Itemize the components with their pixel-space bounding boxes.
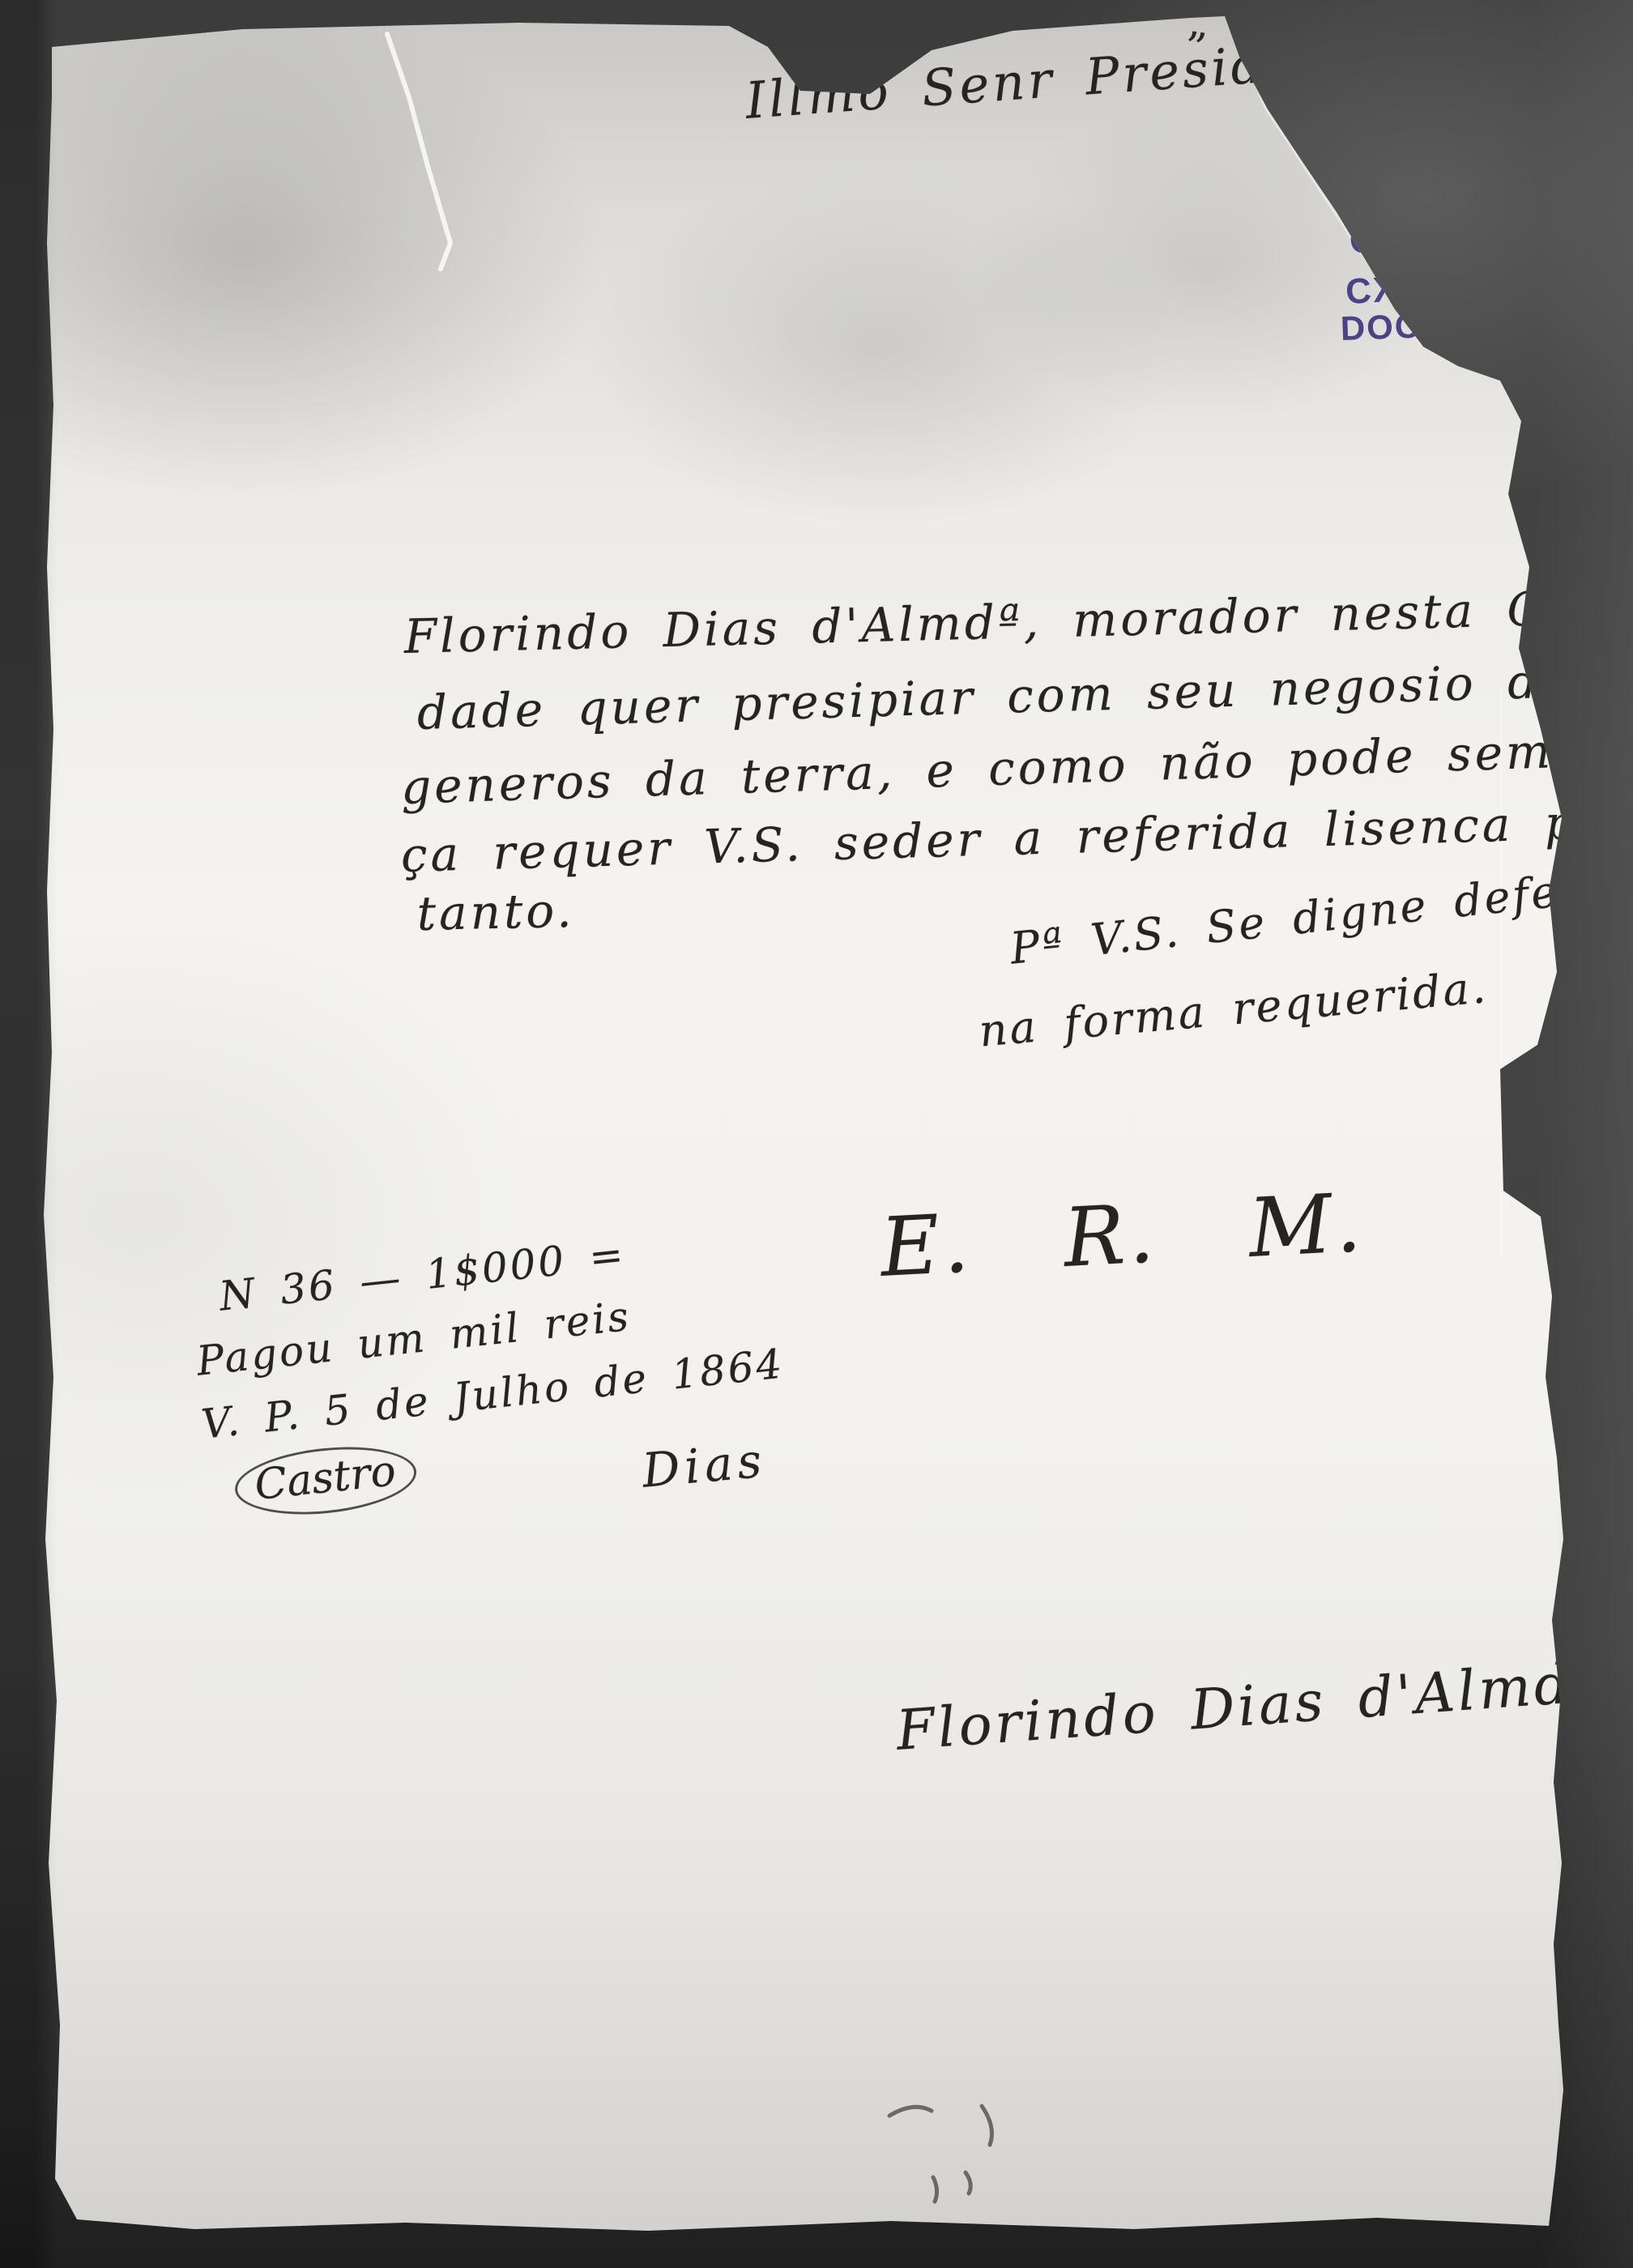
closing-line: na forma requerida. [977, 961, 1490, 1057]
body-line: Florindo Dias d'Almdª, morador nesta Ci- [403, 580, 1584, 664]
courtesy-abbreviation: E. R. M. [878, 1175, 1367, 1295]
body-line: tanto. [416, 883, 575, 941]
pencil-circle-mark [1322, 157, 1348, 186]
stamp-fraction-denominator: 4 [1460, 242, 1476, 273]
stamp-document-code: DOC 54 [1340, 305, 1473, 348]
closing-line: Pª V.S. Se digne deferir [1008, 859, 1624, 974]
stamp-page-number: [1] [1414, 153, 1469, 199]
document-paper: ” Illmo Senr Presidente de Ca [1] CMOP 1… [0, 0, 1633, 2268]
petitioner-signature: Florindo Dias d'Almdª [894, 1650, 1604, 1763]
stamp-collection-code: CMOP [1348, 211, 1469, 262]
fee-note-signature-rubric: Dias [640, 1433, 769, 1498]
salutation-header: Illmo Senr Presidente de Ca [744, 12, 1597, 130]
stamp-box-code: CX09 [1345, 267, 1443, 313]
stamp-fraction-numerator: 1 [1463, 203, 1478, 232]
scanner-background: ” Illmo Senr Presidente de Ca [1] CMOP 1… [0, 0, 1633, 2268]
fee-note-signature-circled: Castro [232, 1439, 420, 1523]
body-line: dade quer presipiar com seu negosio de [416, 653, 1572, 740]
ink-scribble [889, 2106, 991, 2202]
